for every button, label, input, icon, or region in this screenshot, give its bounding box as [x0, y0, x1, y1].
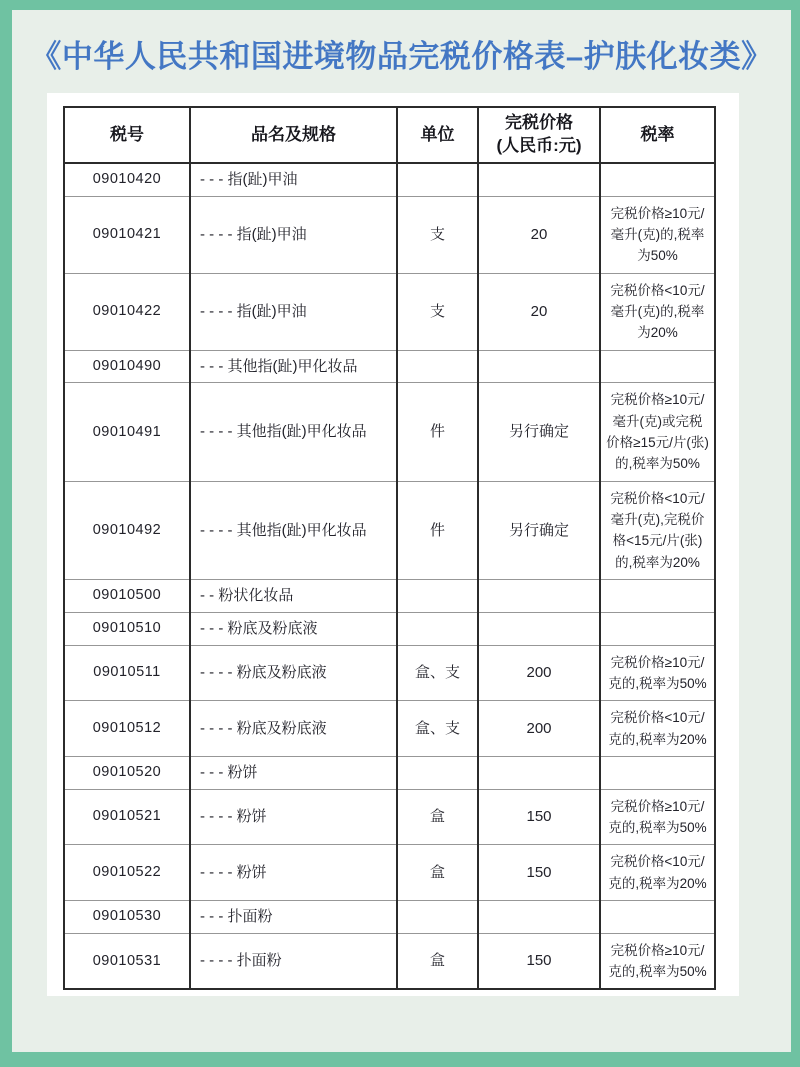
row-code-cell: 09010420	[64, 163, 190, 196]
row-name-cell: - - 粉状化妆品	[190, 580, 397, 613]
row-price-cell: 20	[478, 196, 600, 273]
row-rate-cell	[600, 350, 715, 383]
row-rate-cell: 完税价格≥10元/克的,税率为50%	[600, 789, 715, 845]
row-unit-cell	[397, 612, 478, 645]
table-body: 09010420- - - 指(趾)甲油09010421- - - - 指(趾)…	[64, 163, 715, 989]
row-code-cell: 09010422	[64, 273, 190, 350]
row-rate-cell	[600, 163, 715, 196]
table-row: 09010510- - - 粉底及粉底液	[64, 612, 715, 645]
table-row: 09010520- - - 粉饼	[64, 756, 715, 789]
row-rate-cell: 完税价格≥10元/毫升(克)或完税价格≥15元/片(张)的,税率为50%	[600, 383, 715, 481]
row-name-cell: - - - 粉饼	[190, 756, 397, 789]
table-row: 09010511- - - - 粉底及粉底液盒、支200完税价格≥10元/克的,…	[64, 645, 715, 701]
row-rate-cell	[600, 900, 715, 933]
row-code-cell: 09010531	[64, 933, 190, 989]
row-rate-cell	[600, 580, 715, 613]
row-price-cell: 另行确定	[478, 383, 600, 481]
header-row: 税号 品名及规格 单位 完税价格 (人民币:元) 税率	[64, 107, 715, 163]
row-rate-cell: 完税价格≥10元/毫升(克)的,税率为50%	[600, 196, 715, 273]
table-row: 09010492- - - - 其他指(趾)甲化妆品件另行确定完税价格<10元/…	[64, 481, 715, 579]
row-name-cell: - - - - 其他指(趾)甲化妆品	[190, 481, 397, 579]
row-name-cell: - - - - 指(趾)甲油	[190, 273, 397, 350]
row-price-cell: 150	[478, 933, 600, 989]
header-product-name: 品名及规格	[190, 107, 397, 163]
table-row: 09010522- - - - 粉饼盒150完税价格<10元/克的,税率为20%	[64, 845, 715, 901]
row-code-cell: 09010522	[64, 845, 190, 901]
row-code-cell: 09010490	[64, 350, 190, 383]
row-name-cell: - - - 扑面粉	[190, 900, 397, 933]
row-rate-cell	[600, 612, 715, 645]
table-row: 09010491- - - - 其他指(趾)甲化妆品件另行确定完税价格≥10元/…	[64, 383, 715, 481]
row-code-cell: 09010521	[64, 789, 190, 845]
row-code-cell: 09010510	[64, 612, 190, 645]
row-unit-cell	[397, 900, 478, 933]
row-code-cell: 09010492	[64, 481, 190, 579]
row-name-cell: - - - 其他指(趾)甲化妆品	[190, 350, 397, 383]
row-name-cell: - - - 指(趾)甲油	[190, 163, 397, 196]
row-price-cell: 另行确定	[478, 481, 600, 579]
header-tax-rate: 税率	[600, 107, 715, 163]
table-row: 09010420- - - 指(趾)甲油	[64, 163, 715, 196]
row-unit-cell	[397, 756, 478, 789]
row-rate-cell: 完税价格≥10元/克的,税率为50%	[600, 645, 715, 701]
row-name-cell: - - - - 粉底及粉底液	[190, 701, 397, 757]
row-code-cell: 09010491	[64, 383, 190, 481]
table-row: 09010422- - - - 指(趾)甲油支20完税价格<10元/毫升(克)的…	[64, 273, 715, 350]
row-code-cell: 09010421	[64, 196, 190, 273]
row-unit-cell: 盒	[397, 933, 478, 989]
row-price-cell: 150	[478, 789, 600, 845]
row-name-cell: - - - - 粉饼	[190, 845, 397, 901]
row-unit-cell: 件	[397, 481, 478, 579]
row-rate-cell: 完税价格<10元/毫升(克)的,税率为20%	[600, 273, 715, 350]
row-name-cell: - - - - 粉饼	[190, 789, 397, 845]
row-unit-cell	[397, 163, 478, 196]
row-unit-cell: 支	[397, 196, 478, 273]
row-unit-cell: 盒、支	[397, 645, 478, 701]
header-dutiable-price: 完税价格 (人民币:元)	[478, 107, 600, 163]
row-price-cell: 200	[478, 645, 600, 701]
content-panel: 《中华人民共和国进境物品完税价格表–护肤化妆类》 税号 品名及规格 单位 完税价…	[12, 10, 791, 1052]
row-name-cell: - - - 粉底及粉底液	[190, 612, 397, 645]
row-code-cell: 09010500	[64, 580, 190, 613]
row-unit-cell: 盒、支	[397, 701, 478, 757]
table-row: 09010500- - 粉状化妆品	[64, 580, 715, 613]
table-row: 09010531- - - - 扑面粉盒150完税价格≥10元/克的,税率为50…	[64, 933, 715, 989]
row-name-cell: - - - - 指(趾)甲油	[190, 196, 397, 273]
row-unit-cell: 支	[397, 273, 478, 350]
row-rate-cell	[600, 756, 715, 789]
row-price-cell: 150	[478, 845, 600, 901]
row-price-cell	[478, 163, 600, 196]
table-card: 税号 品名及规格 单位 完税价格 (人民币:元) 税率 09010420- - …	[47, 93, 739, 996]
row-code-cell: 09010511	[64, 645, 190, 701]
table-row: 09010530- - - 扑面粉	[64, 900, 715, 933]
table-row: 09010490- - - 其他指(趾)甲化妆品	[64, 350, 715, 383]
row-unit-cell	[397, 350, 478, 383]
row-rate-cell: 完税价格<10元/克的,税率为20%	[600, 845, 715, 901]
row-price-cell: 200	[478, 701, 600, 757]
row-code-cell: 09010520	[64, 756, 190, 789]
page-background: { "page": { "title": "《中华人民共和国进境物品完税价格表–…	[0, 0, 800, 1067]
row-price-cell	[478, 350, 600, 383]
row-code-cell: 09010512	[64, 701, 190, 757]
row-unit-cell: 盒	[397, 845, 478, 901]
header-tax-code: 税号	[64, 107, 190, 163]
row-name-cell: - - - - 粉底及粉底液	[190, 645, 397, 701]
row-price-cell: 20	[478, 273, 600, 350]
row-rate-cell: 完税价格<10元/克的,税率为20%	[600, 701, 715, 757]
row-unit-cell: 盒	[397, 789, 478, 845]
row-rate-cell: 完税价格<10元/毫升(克),完税价格<15元/片(张)的,税率为20%	[600, 481, 715, 579]
row-price-cell	[478, 900, 600, 933]
row-price-cell	[478, 580, 600, 613]
row-rate-cell: 完税价格≥10元/克的,税率为50%	[600, 933, 715, 989]
row-unit-cell	[397, 580, 478, 613]
row-code-cell: 09010530	[64, 900, 190, 933]
row-price-cell	[478, 756, 600, 789]
header-unit: 单位	[397, 107, 478, 163]
row-unit-cell: 件	[397, 383, 478, 481]
row-name-cell: - - - - 扑面粉	[190, 933, 397, 989]
tariff-table: 税号 品名及规格 单位 完税价格 (人民币:元) 税率 09010420- - …	[63, 106, 716, 990]
page-title: 《中华人民共和国进境物品完税价格表–护肤化妆类》	[12, 31, 791, 76]
table-row: 09010521- - - - 粉饼盒150完税价格≥10元/克的,税率为50%	[64, 789, 715, 845]
table-row: 09010512- - - - 粉底及粉底液盒、支200完税价格<10元/克的,…	[64, 701, 715, 757]
row-price-cell	[478, 612, 600, 645]
row-name-cell: - - - - 其他指(趾)甲化妆品	[190, 383, 397, 481]
table-row: 09010421- - - - 指(趾)甲油支20完税价格≥10元/毫升(克)的…	[64, 196, 715, 273]
